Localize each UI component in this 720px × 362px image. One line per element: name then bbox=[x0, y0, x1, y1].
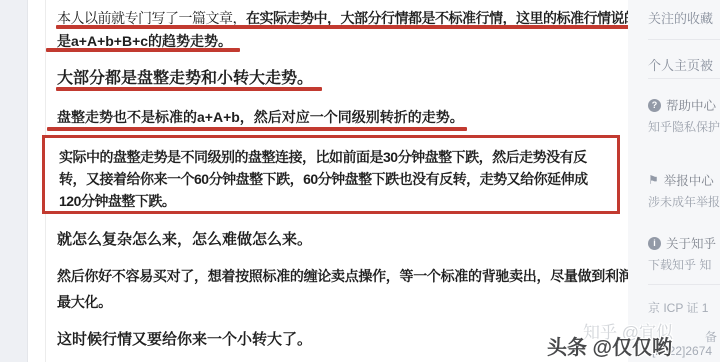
paragraph-sell-point: 然后你好不容易买对了，想着按照标准的缠论卖点操作，等一个标准的背驰卖出，尽量做到… bbox=[57, 263, 637, 315]
icp-partial-text: 备 bbox=[705, 328, 717, 345]
sidebar-footer-column: 关注的收藏 个人主页被 ? 帮助中心 知乎隐私保护 ⚑ 举报中心 涉未成年举报 … bbox=[628, 0, 720, 362]
red-underline-1 bbox=[56, 25, 630, 29]
about-info-icon: i bbox=[648, 237, 661, 250]
sidebar-item-help-center[interactable]: ? 帮助中心 bbox=[648, 96, 716, 114]
red-underline-2 bbox=[46, 48, 240, 52]
sidebar-item-report-center[interactable]: ⚑ 举报中心 bbox=[648, 171, 714, 189]
sidebar-link-collections[interactable]: 关注的收藏 bbox=[648, 8, 713, 27]
report-center-label: 举报中心 bbox=[664, 171, 714, 189]
sidebar-divider bbox=[648, 284, 720, 285]
red-underline-4 bbox=[47, 127, 467, 131]
paragraph-consolidation: 大部分都是盘整走势和小转大走势。 bbox=[57, 65, 313, 88]
help-center-label: 帮助中心 bbox=[666, 96, 716, 114]
help-question-icon: ? bbox=[648, 99, 661, 112]
icp-license-text: 京 ICP 证 1 bbox=[648, 299, 708, 316]
sidebar-item-about-zhihu[interactable]: i 关于知乎 bbox=[648, 234, 716, 252]
intro-regular-text: 本人以前就专门写了一篇文章， bbox=[57, 10, 246, 26]
intro-bold-text: 在实际走势中，大部分行情都是不标准行情，这里的标准行情说的 bbox=[246, 10, 638, 26]
red-underline-3 bbox=[56, 87, 322, 91]
paragraph-small-to-big: 这时候行情又要给你来一个小转大了。 bbox=[57, 328, 312, 349]
about-zhihu-label: 关于知乎 bbox=[666, 234, 716, 252]
boxed-paragraph: 实际中的盘整走势是不同级别的盘整连接，比如前面是30分钟盘整下跌，然后走势没有反… bbox=[59, 146, 605, 212]
sidebar-divider bbox=[648, 39, 720, 40]
sidebar-link-privacy[interactable]: 知乎隐私保护 bbox=[648, 118, 720, 135]
sidebar-link-minor-report[interactable]: 涉未成年举报 bbox=[648, 193, 720, 210]
red-annotation-box: 实际中的盘整走势是不同级别的盘整连接，比如前面是30分钟盘整下跌，然后走势没有反… bbox=[42, 135, 620, 214]
sidebar-link-profile[interactable]: 个人主页被 bbox=[648, 55, 713, 74]
page-left-gutter bbox=[0, 0, 28, 362]
sidebar-divider bbox=[648, 78, 720, 79]
paragraph-nonstandard: 盘整走势也不是标准的a+A+b，然后对应一个同级别转折的走势。 bbox=[57, 107, 464, 127]
paragraph-complex: 就怎么复杂怎么来，怎么难做怎么来。 bbox=[57, 228, 312, 249]
sidebar-link-download[interactable]: 下载知乎 知 bbox=[648, 256, 711, 273]
toutiao-watermark: 头条 @仅仅哟 bbox=[547, 331, 672, 360]
report-flag-icon: ⚑ bbox=[648, 174, 659, 187]
